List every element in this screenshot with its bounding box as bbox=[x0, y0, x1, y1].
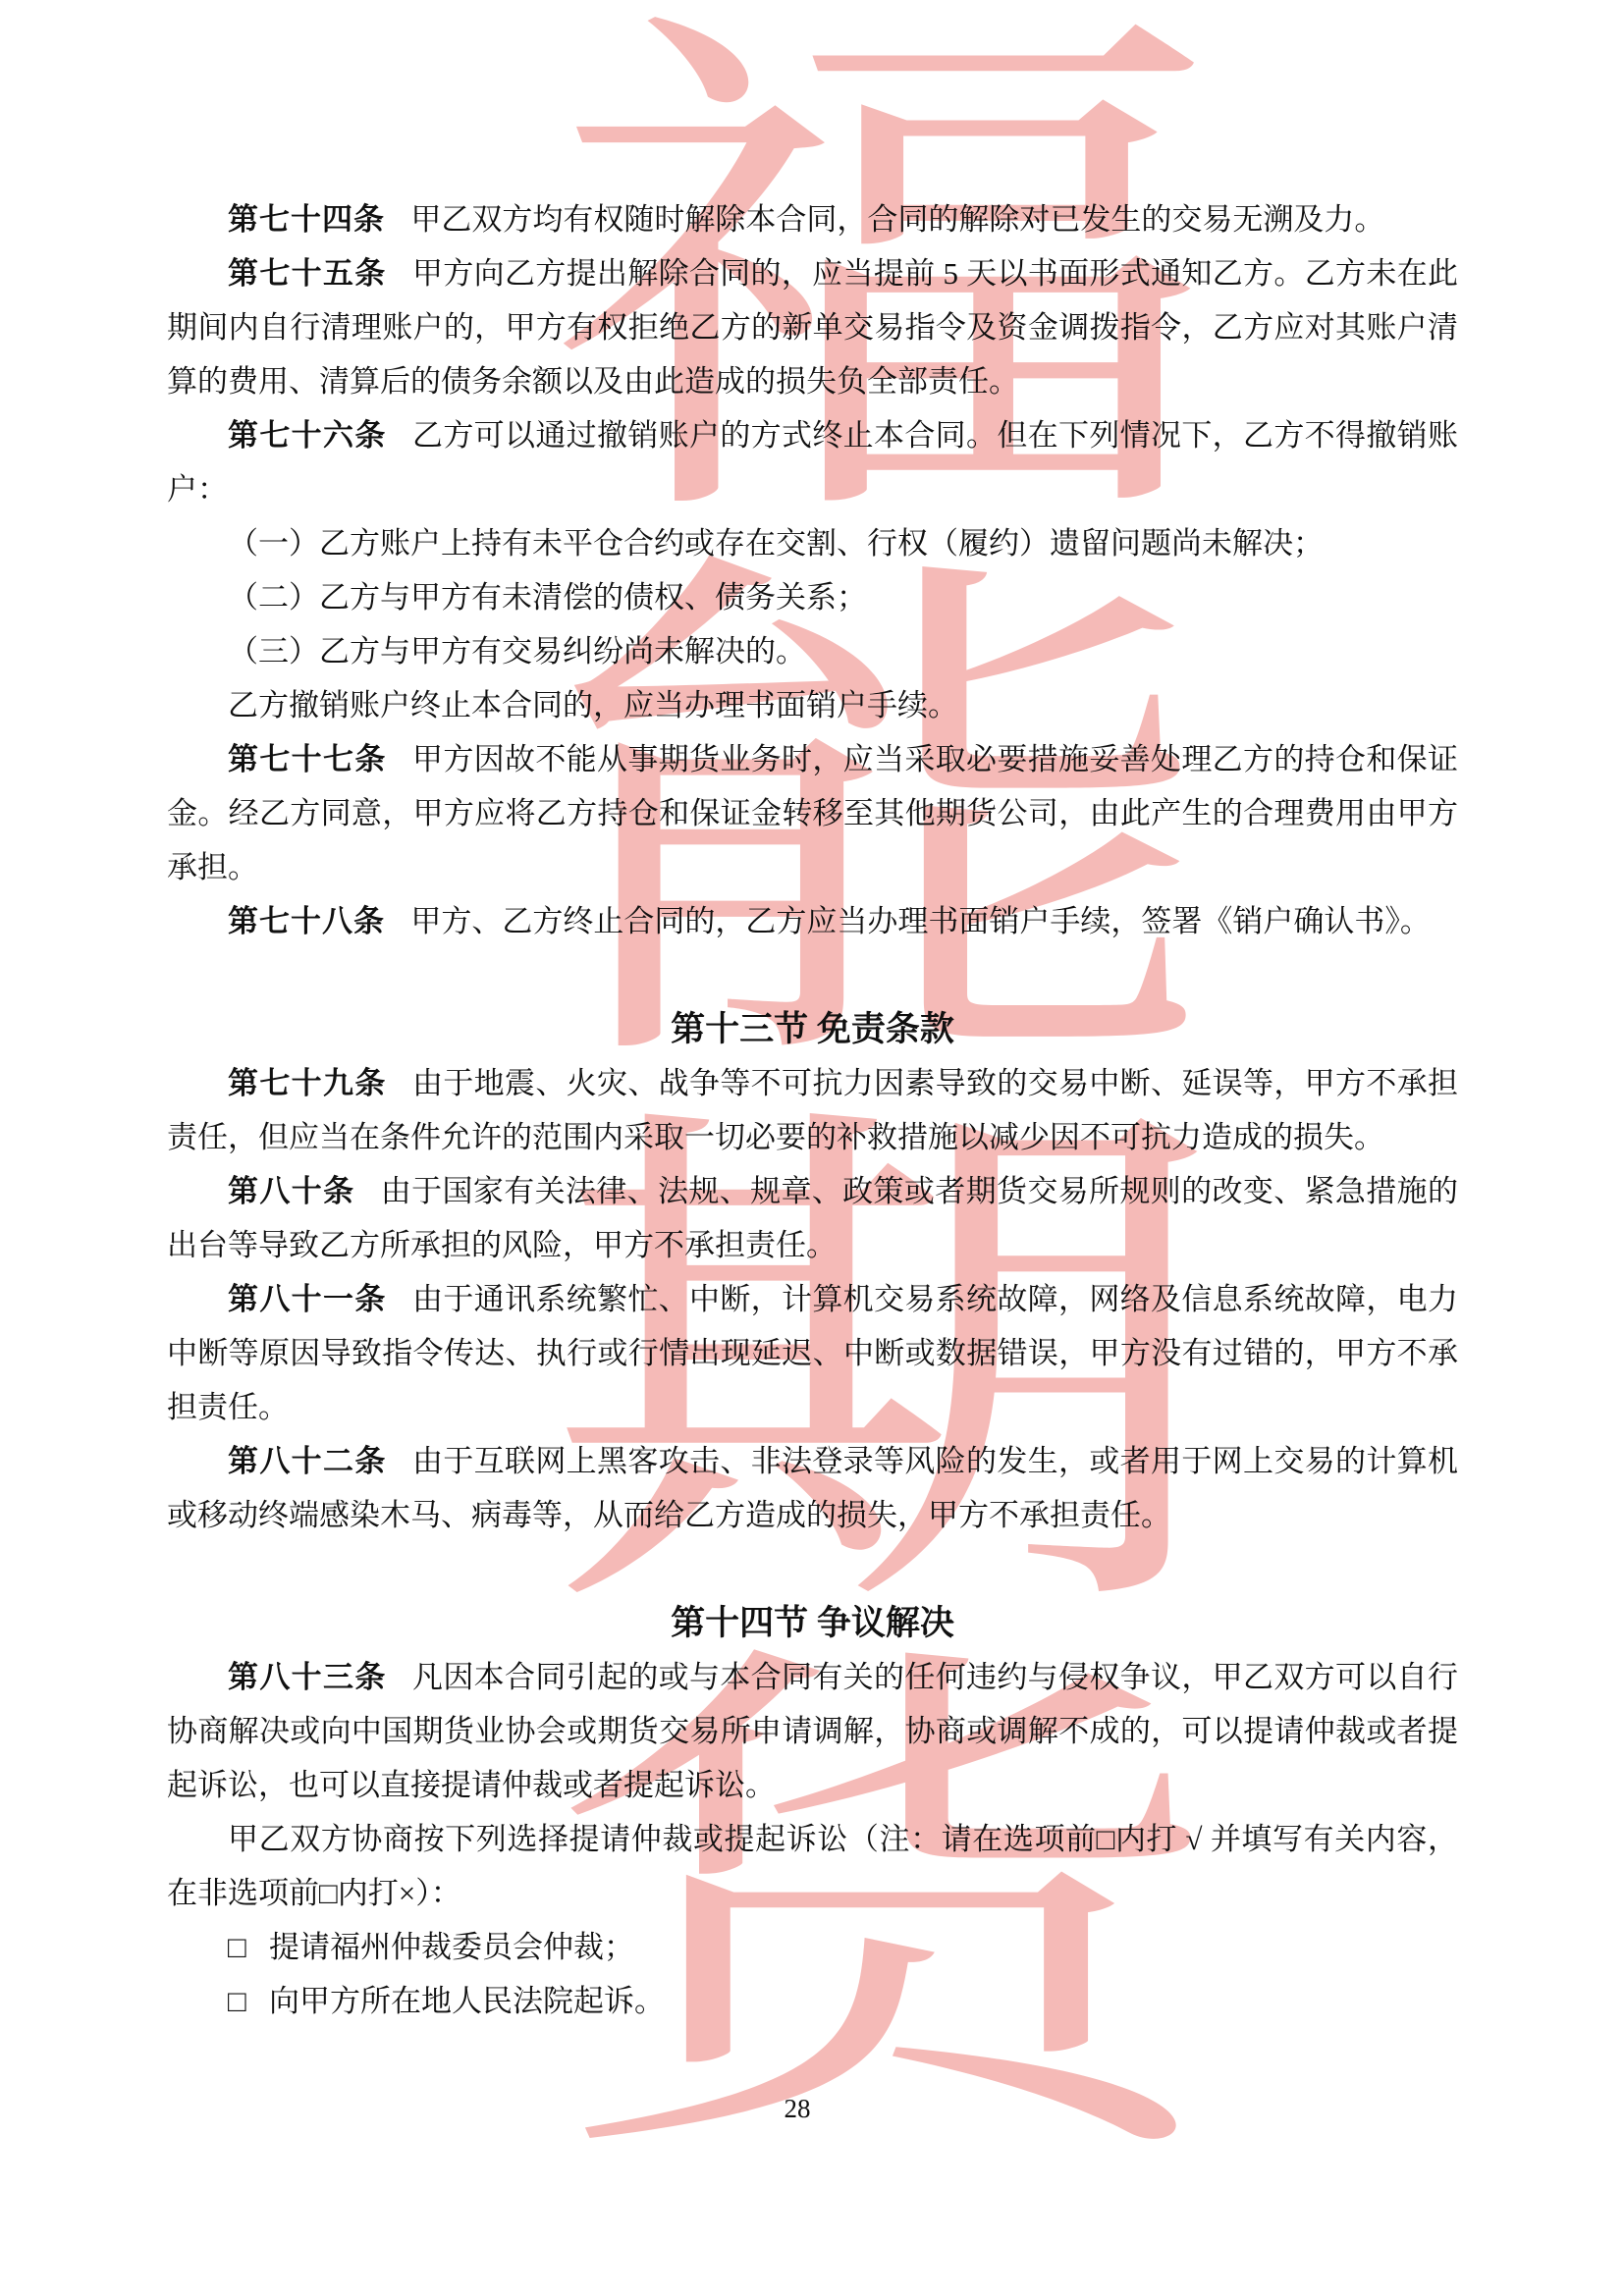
article-79-number: 第七十九条 bbox=[228, 1066, 387, 1100]
list-item-3: （三）乙方与甲方有交易纠纷尚未解决的。 bbox=[167, 624, 1458, 678]
article-82: 第八十二条由于互联网上黑客攻击、非法登录等风险的发生，或者用于网上交易的计算机或… bbox=[167, 1434, 1458, 1542]
contract-body: 第七十四条甲乙双方均有权随时解除本合同，合同的解除对已发生的交易无溯及力。 第七… bbox=[0, 0, 1624, 2028]
paragraph-account-cancel-text: 乙方撤销账户终止本合同的，应当办理书面销户手续。 bbox=[228, 688, 958, 722]
list-item-3-text: （三）乙方与甲方有交易纠纷尚未解决的。 bbox=[228, 634, 806, 668]
contract-document-page: 福 能 期 货 第七十四条甲乙双方均有权随时解除本合同，合同的解除对已发生的交易… bbox=[0, 0, 1624, 2296]
article-77: 第七十七条甲方因故不能从事期货业务时，应当采取必要措施妥善处理乙方的持仓和保证金… bbox=[167, 732, 1458, 894]
article-74: 第七十四条甲乙双方均有权随时解除本合同，合同的解除对已发生的交易无溯及力。 bbox=[167, 192, 1458, 246]
article-74-text: 甲乙双方均有权随时解除本合同，合同的解除对已发生的交易无溯及力。 bbox=[410, 202, 1384, 237]
article-78-number: 第七十八条 bbox=[228, 904, 385, 938]
list-item-1: （一）乙方账户上持有未平仓合约或存在交割、行权（履约）遗留问题尚未解决； bbox=[167, 516, 1458, 570]
article-83-number: 第八十三条 bbox=[228, 1660, 387, 1694]
article-81: 第八十一条由于通讯系统繁忙、中断，计算机交易系统故障，网络及信息系统故障，电力中… bbox=[167, 1272, 1458, 1434]
article-78: 第七十八条甲方、乙方终止合同的，乙方应当办理书面销户手续，签署《销户确认书》。 bbox=[167, 894, 1458, 948]
checkbox-icon[interactable]: □ bbox=[228, 1930, 246, 1964]
checkbox-option-arbitration: □提请福州仲裁委员会仲裁； bbox=[167, 1920, 1458, 1974]
article-83: 第八十三条凡因本合同引起的或与本合同有关的任何违约与侵权争议，甲乙双方可以自行协… bbox=[167, 1650, 1458, 1812]
page-number: 28 bbox=[0, 2091, 1595, 2126]
article-78-text: 甲方、乙方终止合同的，乙方应当办理书面销户手续，签署《销户确认书》。 bbox=[410, 904, 1431, 938]
article-75-number: 第七十五条 bbox=[228, 256, 387, 291]
article-76: 第七十六条乙方可以通过撤销账户的方式终止本合同。但在下列情况下，乙方不得撤销账户… bbox=[167, 408, 1458, 516]
article-77-number: 第七十七条 bbox=[228, 742, 387, 776]
section-heading-13: 第十三节 免责条款 bbox=[167, 1002, 1458, 1056]
article-81-number: 第八十一条 bbox=[228, 1282, 387, 1316]
list-item-2: （二）乙方与甲方有未清偿的债权、债务关系； bbox=[167, 570, 1458, 624]
list-item-2-text: （二）乙方与甲方有未清偿的债权、债务关系； bbox=[228, 580, 867, 614]
paragraph-account-cancel: 乙方撤销账户终止本合同的，应当办理书面销户手续。 bbox=[167, 678, 1458, 732]
article-76-number: 第七十六条 bbox=[228, 418, 387, 453]
checkbox-option-court-label: 向甲方所在地人民法院起诉。 bbox=[269, 1984, 665, 2018]
section-heading-14: 第十四节 争议解决 bbox=[167, 1596, 1458, 1650]
checkbox-option-arbitration-label: 提请福州仲裁委员会仲裁； bbox=[269, 1930, 634, 1964]
article-75: 第七十五条甲方向乙方提出解除合同的，应当提前 5 天以书面形式通知乙方。乙方未在… bbox=[167, 246, 1458, 408]
article-80-number: 第八十条 bbox=[228, 1174, 354, 1208]
article-79: 第七十九条由于地震、火灾、战争等不可抗力因素导致的交易中断、延误等，甲方不承担责… bbox=[167, 1056, 1458, 1164]
article-80-text: 由于国家有关法律、法规、规章、政策或者期货交易所规则的改变、紧急措施的出台等导致… bbox=[167, 1174, 1458, 1262]
checkbox-icon[interactable]: □ bbox=[228, 1984, 246, 2018]
list-item-1-text: （一）乙方账户上持有未平仓合约或存在交割、行权（履约）遗留问题尚未解决； bbox=[228, 526, 1324, 561]
article-82-number: 第八十二条 bbox=[228, 1444, 387, 1478]
paragraph-dispute-note: 甲乙双方协商按下列选择提请仲裁或提起诉讼（注：请在选项前□内打 √ 并填写有关内… bbox=[167, 1812, 1458, 1920]
checkbox-option-court: □向甲方所在地人民法院起诉。 bbox=[167, 1974, 1458, 2028]
article-80: 第八十条由于国家有关法律、法规、规章、政策或者期货交易所规则的改变、紧急措施的出… bbox=[167, 1164, 1458, 1272]
article-74-number: 第七十四条 bbox=[228, 202, 385, 237]
paragraph-dispute-note-text: 甲乙双方协商按下列选择提请仲裁或提起诉讼（注：请在选项前□内打 √ 并填写有关内… bbox=[167, 1822, 1458, 1910]
